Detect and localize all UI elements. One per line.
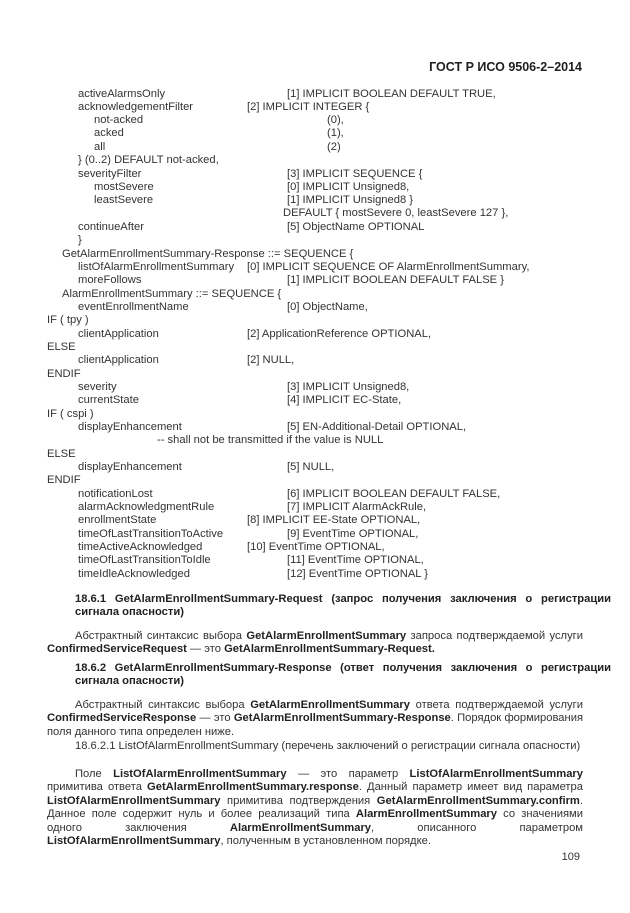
code-line-field: -- shall not be transmitted if the value… — [157, 434, 383, 447]
bold-term: GetAlarmEnrollmentSummary — [250, 699, 410, 711]
code-line-field: notificationLost — [78, 488, 153, 501]
bold-term: ListOfAlarmEnrollmentSummary — [47, 835, 220, 847]
code-line-field: timeOfLastTransitionToIdle — [78, 554, 211, 567]
code-line-type: [11] EventTime OPTIONAL, — [287, 554, 424, 567]
code-line-type: [0] IMPLICIT SEQUENCE OF AlarmEnrollment… — [247, 261, 529, 274]
code-line-field: alarmAcknowledgmentRule — [78, 501, 214, 514]
code-line-field: ELSE — [47, 341, 76, 354]
code-line-type: [0] ObjectName, — [287, 301, 368, 314]
code-line-field: activeAlarmsOnly — [78, 88, 165, 101]
code-line-type: DEFAULT { mostSevere 0, leastSevere 127 … — [283, 207, 508, 220]
text-run: Поле — [75, 768, 113, 780]
section-text-18-6-1: Абстрактный синтаксис выбора GetAlarmEnr… — [47, 630, 583, 657]
code-line-field: all — [94, 141, 105, 154]
bold-term: GetAlarmEnrollmentSummary.confirm — [377, 795, 580, 807]
code-line-type: [2] ApplicationReference OPTIONAL, — [247, 328, 431, 341]
bold-term: GetAlarmEnrollmentSummary.response — [147, 781, 359, 793]
code-line-field: timeActiveAcknowledged — [78, 541, 202, 554]
text-run: примитива ответа — [47, 781, 147, 793]
code-line-field: IF ( tpy ) — [47, 314, 89, 327]
code-line-type: [1] IMPLICIT BOOLEAN DEFAULT FALSE } — [287, 274, 504, 287]
code-line-field: leastSevere — [94, 194, 153, 207]
code-line-type: [4] IMPLICIT EC-State, — [287, 394, 401, 407]
bold-term: AlarmEnrollmentSummary — [356, 808, 497, 820]
page-number: 109 — [562, 851, 580, 863]
text-run: — это — [187, 643, 224, 655]
text-run: Абстрактный синтаксис выбора — [75, 699, 250, 711]
code-line-field: } — [78, 234, 82, 247]
section-heading-18-6-2: 18.6.2 GetAlarmEnrollmentSummary-Respons… — [47, 662, 611, 689]
code-line-field: ENDIF — [47, 368, 81, 381]
code-line-field: ELSE — [47, 448, 76, 461]
code-line-field: severityFilter — [78, 168, 141, 181]
code-line-type: [2] IMPLICIT INTEGER { — [247, 101, 369, 114]
code-line-type: [2] NULL, — [247, 354, 294, 367]
code-line-field: moreFollows — [78, 274, 141, 287]
code-line-field: acked — [94, 127, 124, 140]
code-line-field: clientApplication — [78, 328, 159, 341]
code-line-field: timeOfLastTransitionToActive — [78, 528, 223, 541]
code-line-field: clientApplication — [78, 354, 159, 367]
code-line-type: [3] IMPLICIT Unsigned8, — [287, 381, 409, 394]
code-line-type: (1), — [327, 127, 344, 140]
section-text-18-6-2-1: 18.6.2.1 ListOfAlarmEnrollmentSummary (п… — [47, 740, 583, 753]
code-line-type: (2) — [327, 141, 341, 154]
text-run: — это — [196, 712, 234, 724]
code-line-type: [3] IMPLICIT SEQUENCE { — [287, 168, 422, 181]
section-text-list-of-alarm-enrollment-summary: Поле ListOfAlarmEnrollmentSummary — это … — [47, 768, 583, 848]
bold-term: GetAlarmEnrollmentSummary — [246, 630, 406, 642]
bold-term: ListOfAlarmEnrollmentSummary — [113, 768, 286, 780]
bold-term: GetAlarmEnrollmentSummary-Response — [234, 712, 451, 724]
bold-term: AlarmEnrollmentSummary — [230, 822, 371, 834]
code-line-field: timeIdleAcknowledged — [78, 568, 190, 581]
bold-term: ListOfAlarmEnrollmentSummary — [410, 768, 583, 780]
document-header-standard: ГОСТ Р ИСО 9506-2–2014 — [429, 60, 582, 74]
text-run: ответа подтверждаемой услуги — [410, 699, 583, 711]
code-line-field: continueAfter — [78, 221, 144, 234]
code-line-field: currentState — [78, 394, 139, 407]
code-line-field: severity — [78, 381, 117, 394]
code-line-type: [1] IMPLICIT Unsigned8 } — [287, 194, 413, 207]
code-line-field: enrollmentState — [78, 514, 156, 527]
text-run: Абстрактный синтаксис выбора — [75, 630, 246, 642]
code-line-type: [10] EventTime OPTIONAL, — [247, 541, 385, 554]
bold-term: GetAlarmEnrollmentSummary-Request. — [224, 643, 435, 655]
text-run: , полученным в установленном порядке. — [220, 835, 430, 847]
text-run: запроса подтверждаемой услуги — [406, 630, 583, 642]
code-line-field: displayEnhancement — [78, 461, 182, 474]
code-line-type: [0] IMPLICIT Unsigned8, — [287, 181, 409, 194]
code-line-type: [9] EventTime OPTIONAL, — [287, 528, 418, 541]
code-line-type: [5] ObjectName OPTIONAL — [287, 221, 424, 234]
text-run: . Данный параметр имеет вид параметра — [359, 781, 583, 793]
text-run: — это параметр — [287, 768, 410, 780]
code-line-field: ENDIF — [47, 474, 81, 487]
code-line-type: [7] IMPLICIT AlarmAckRule, — [287, 501, 426, 514]
code-line-field: acknowledgementFilter — [78, 101, 193, 114]
code-line-field: mostSevere — [94, 181, 154, 194]
section-heading-18-6-1: 18.6.1 GetAlarmEnrollmentSummary-Request… — [47, 593, 611, 620]
code-line-field: AlarmEnrollmentSummary ::= SEQUENCE { — [62, 288, 281, 301]
code-line-field: IF ( cspi ) — [47, 408, 94, 421]
code-line-type: [8] IMPLICIT EE-State OPTIONAL, — [247, 514, 420, 527]
code-line-field: displayEnhancement — [78, 421, 182, 434]
text-run: , описанного параметром — [371, 822, 583, 834]
code-line-field: GetAlarmEnrollmentSummary-Response ::= S… — [62, 248, 353, 261]
code-line-type: [12] EventTime OPTIONAL } — [287, 568, 428, 581]
code-line-field: } (0..2) DEFAULT not-acked, — [78, 154, 219, 167]
code-line-type: (0), — [327, 114, 344, 127]
code-line-type: [1] IMPLICIT BOOLEAN DEFAULT TRUE, — [287, 88, 496, 101]
text-run: примитива подтверждения — [220, 795, 376, 807]
section-text-18-6-2: Абстрактный синтаксис выбора GetAlarmEnr… — [47, 699, 583, 739]
bold-term: ConfirmedServiceRequest — [47, 643, 187, 655]
bold-term: ConfirmedServiceResponse — [47, 712, 196, 724]
code-line-field: listOfAlarmEnrollmentSummary — [78, 261, 234, 274]
code-line-field: not-acked — [94, 114, 143, 127]
bold-term: ListOfAlarmEnrollmentSummary — [47, 795, 220, 807]
code-line-type: [5] NULL, — [287, 461, 334, 474]
code-line-type: [5] EN-Additional-Detail OPTIONAL, — [287, 421, 466, 434]
code-line-field: eventEnrollmentName — [78, 301, 189, 314]
code-line-type: [6] IMPLICIT BOOLEAN DEFAULT FALSE, — [287, 488, 500, 501]
